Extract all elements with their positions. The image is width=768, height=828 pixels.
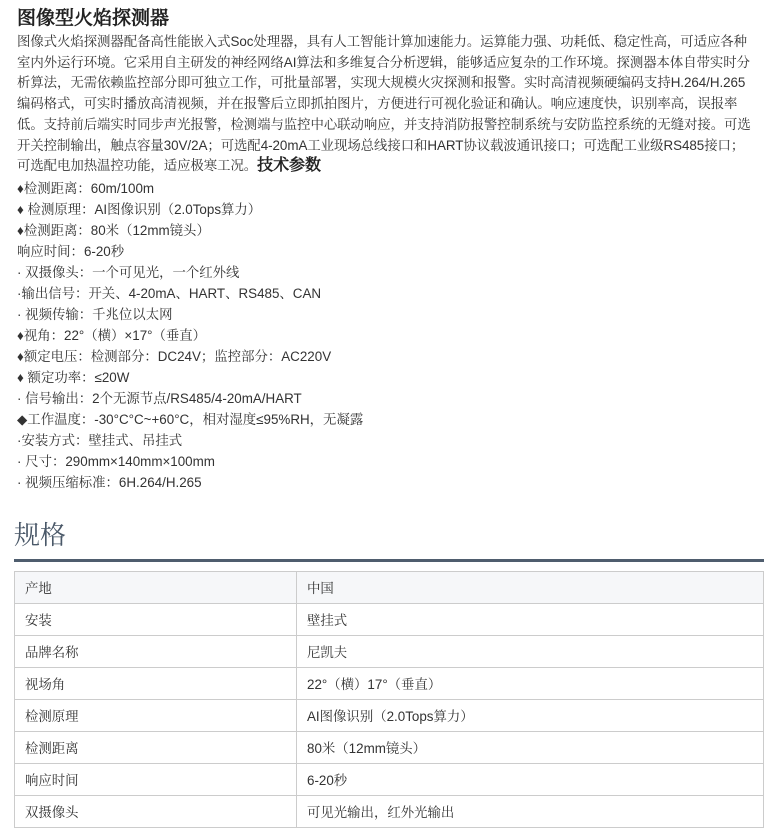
tech-param-item: ♦检测距离：80米（12mm镜头）	[17, 220, 754, 241]
table-row: 检测距离 80米（12mm镜头）	[15, 732, 764, 764]
spec-key: 产地	[15, 572, 297, 604]
spec-value: 壁挂式	[297, 604, 764, 636]
tech-param-item: ♦检测距离：60m/100m	[17, 178, 754, 199]
table-row: 安装 壁挂式	[15, 604, 764, 636]
table-row: 检测原理 AI图像识别（2.0Tops算力）	[15, 700, 764, 732]
spec-key: 检测原理	[15, 700, 297, 732]
tech-param-item: · 视频传输：千兆位以太网	[17, 304, 754, 325]
tech-param-item: ♦视角：22°（横）×17°（垂直）	[17, 325, 754, 346]
tech-param-item: · 信号输出：2个无源节点/RS485/4-20mA/HART	[17, 388, 754, 409]
spec-key: 双摄像头	[15, 796, 297, 828]
section-divider	[14, 559, 764, 562]
spec-key: 响应时间	[15, 764, 297, 796]
spec-key: 安装	[15, 604, 297, 636]
intro-text: 图像式火焰探测器配备高性能嵌入式Soc处理器，具有人工智能计算加速能力。运算能力…	[17, 34, 751, 173]
spec-value: 80米（12mm镜头）	[297, 732, 764, 764]
specs-heading: 规格	[14, 518, 66, 552]
spec-value: 6-20秒	[297, 764, 764, 796]
product-description: 图像式火焰探测器配备高性能嵌入式Soc处理器，具有人工智能计算加速能力。运算能力…	[17, 32, 754, 177]
tech-param-item: ◆工作温度：-30°C°C~+60°C，相对湿度≤95%RH，无凝露	[17, 409, 754, 430]
tech-param-item: · 视频压缩标准：6H.264/H.265	[17, 472, 754, 493]
product-title: 图像型火焰探测器	[17, 0, 754, 32]
table-row: 产地 中国	[15, 572, 764, 604]
tech-param-item: ·输出信号：开关、4-20mA、HART、RS485、CAN	[17, 283, 754, 304]
tech-params-list: ♦检测距离：60m/100m ♦ 检测原理：AI图像识别（2.0Tops算力） …	[17, 178, 754, 493]
specs-table: 产地 中国 安装 壁挂式 品牌名称 尼凯夫 视场角 22°（横）17°（垂直） …	[14, 571, 764, 828]
spec-value: 尼凯夫	[297, 636, 764, 668]
spec-value: 中国	[297, 572, 764, 604]
table-row: 双摄像头 可见光输出，红外光输出	[15, 796, 764, 828]
table-row: 响应时间 6-20秒	[15, 764, 764, 796]
spec-key: 检测距离	[15, 732, 297, 764]
tech-param-item: · 尺寸：290mm×140mm×100mm	[17, 451, 754, 472]
tech-params-heading: 技术参数	[257, 157, 321, 174]
spec-key: 品牌名称	[15, 636, 297, 668]
tech-param-item: 响应时间：6-20秒	[17, 241, 754, 262]
spec-value: 22°（横）17°（垂直）	[297, 668, 764, 700]
table-row: 视场角 22°（横）17°（垂直）	[15, 668, 764, 700]
tech-param-item: ·安装方式：壁挂式、吊挂式	[17, 430, 754, 451]
product-page: 图像型火焰探测器 图像式火焰探测器配备高性能嵌入式Soc处理器，具有人工智能计算…	[0, 0, 768, 828]
tech-param-item: ♦ 检测原理：AI图像识别（2.0Tops算力）	[17, 199, 754, 220]
spec-key: 视场角	[15, 668, 297, 700]
tech-param-item: · 双摄像头：一个可见光，一个红外线	[17, 262, 754, 283]
table-row: 品牌名称 尼凯夫	[15, 636, 764, 668]
tech-param-item: ♦ 额定功率：≤20W	[17, 367, 754, 388]
spec-value: 可见光输出，红外光输出	[297, 796, 764, 828]
tech-param-item: ♦额定电压：检测部分：DC24V；监控部分：AC220V	[17, 346, 754, 367]
spec-value: AI图像识别（2.0Tops算力）	[297, 700, 764, 732]
